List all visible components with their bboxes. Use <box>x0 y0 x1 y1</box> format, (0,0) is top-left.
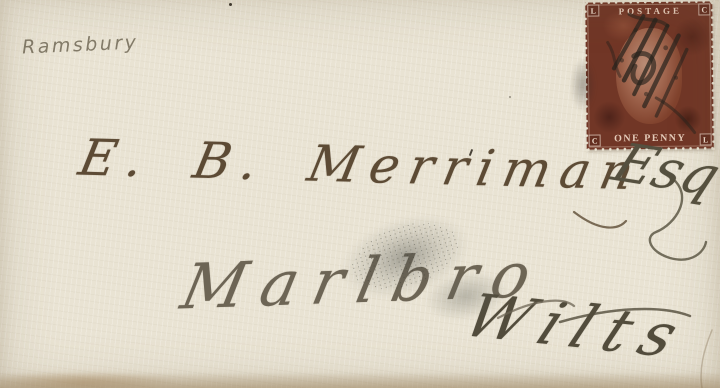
paper-speck <box>509 96 511 98</box>
envelope: Ramsbury POSTAGE ONE PENNY L C C L <box>0 0 720 388</box>
bottom-edge-shadow <box>0 372 720 388</box>
address-line-recipient: E. B. Merriman <box>74 129 648 201</box>
address-line-county: Wilts <box>454 282 702 372</box>
queen-victoria-portrait <box>616 28 683 125</box>
penny-red-stamp: POSTAGE ONE PENNY L C C L <box>585 1 714 149</box>
stamp-perforation-left <box>582 1 590 152</box>
paper-speck <box>229 3 232 6</box>
bottom-left-stain <box>0 371 178 388</box>
stamp-corner-letter-top-left: L <box>587 5 599 17</box>
postmark-cancellation <box>585 1 714 149</box>
stamp-perforation-right <box>709 0 717 150</box>
ramsbury-handstamp: Ramsbury <box>22 31 139 58</box>
stamp-postage-label: POSTAGE <box>585 5 712 16</box>
stamp-corner-letter-top-right: C <box>698 3 710 15</box>
